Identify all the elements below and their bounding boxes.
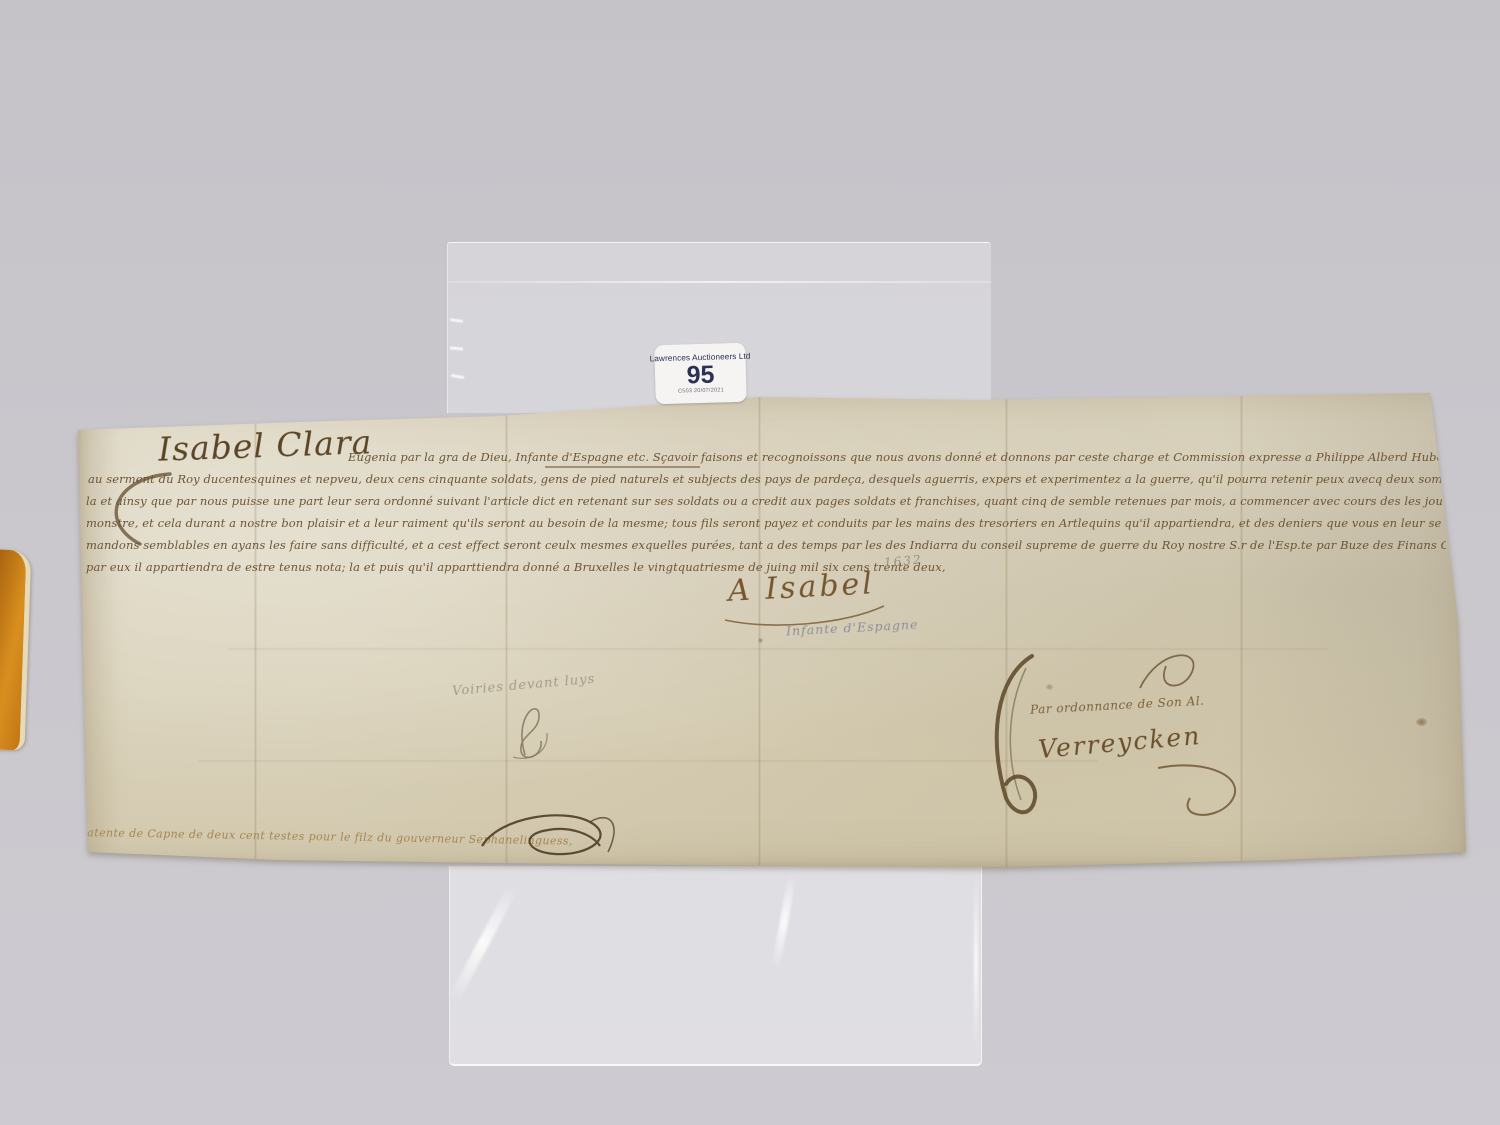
left-inscription: Voiries devant luys (452, 672, 596, 699)
amber-object-edge (0, 550, 31, 751)
plastic-highlight (448, 883, 519, 1003)
lot-number: 95 (686, 362, 714, 389)
countersign-note: Par ordonnance de Son Al. (1030, 693, 1216, 717)
fold-crease (758, 392, 761, 872)
opening-initial: Isabel Clara (157, 422, 373, 468)
parchment-document: Isabel Clara Eugenia par la gra de Dieu,… (78, 392, 1470, 872)
photo-backdrop: Lawrences Auctioneers Ltd 95 C503 20/07/… (0, 0, 1500, 1125)
plastic-highlight (974, 874, 978, 1049)
manuscript-line: monstre, et cela durant a nostre bon pla… (86, 516, 1442, 530)
plastic-bag-bottom (449, 866, 982, 1066)
fold-crease (505, 392, 508, 872)
manuscript-line: au serment du Roy ducentesquines et nepv… (88, 472, 1448, 486)
secretary-signature: Verreycken (1037, 721, 1202, 764)
secretary-signature-tail-flourish (1148, 758, 1272, 832)
parchment-surface: Isabel Clara Eugenia par la gra de Dieu,… (78, 392, 1470, 872)
plastic-highlight (450, 346, 463, 350)
manuscript-line: la et ainsy que par nous puisse une part… (86, 494, 1442, 508)
plastic-highlight (451, 374, 464, 379)
plastic-bag-seam (448, 281, 991, 283)
fold-crease-horizontal (198, 760, 1098, 762)
age-spot (758, 638, 763, 643)
manuscript-line: mandons semblables en ayans les faire sa… (86, 538, 1446, 552)
fold-crease (1240, 392, 1243, 872)
manuscript-line: Eugenia par la gra de Dieu, Infante d'Es… (348, 450, 1452, 464)
fold-crease-horizontal (228, 648, 1328, 650)
underline-mark (545, 466, 700, 468)
plastic-highlight (772, 874, 796, 969)
royal-signature: A Isabel (727, 566, 876, 609)
auction-lot-tag: Lawrences Auctioneers Ltd 95 C503 20/07/… (654, 343, 747, 404)
tag-code: C503 20/07/2021 (678, 387, 724, 394)
age-spot (1046, 684, 1053, 690)
docket-inscription: Patente de Capne de deux cent testes pou… (80, 826, 528, 847)
plastic-highlight (450, 318, 463, 323)
fold-crease (1005, 392, 1008, 872)
age-spot (1416, 718, 1427, 726)
pencil-attribution-note: Infante d'Espagne (786, 617, 919, 639)
